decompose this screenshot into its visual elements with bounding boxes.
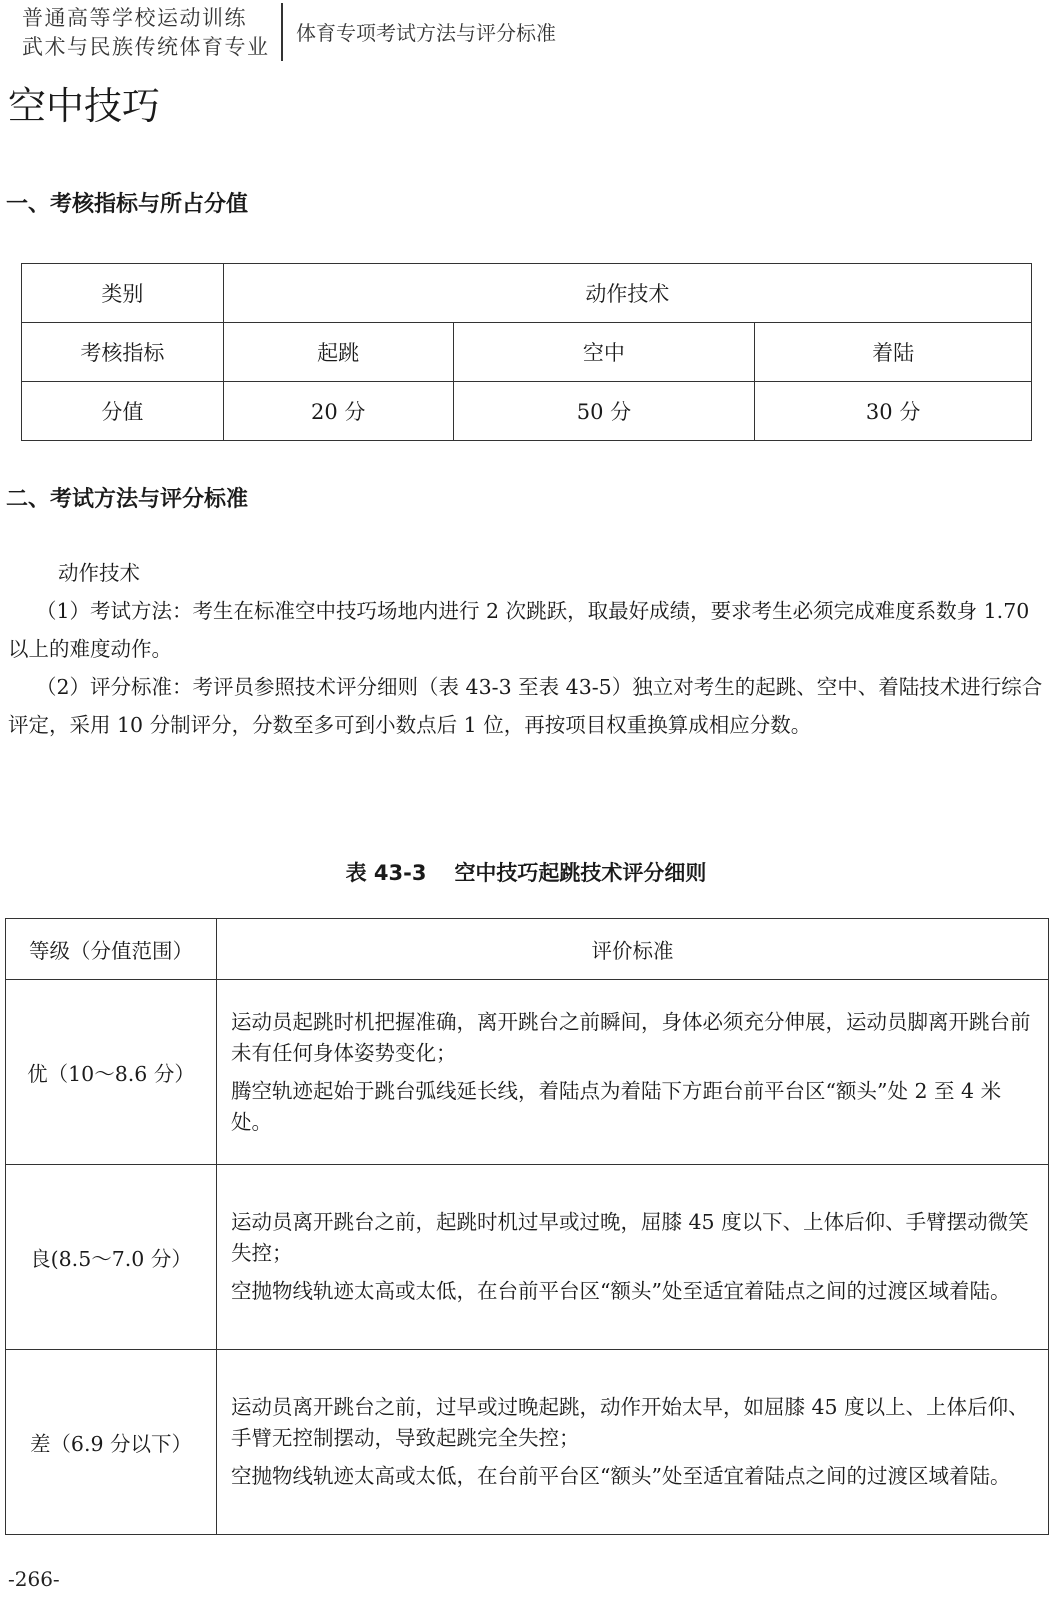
grade-cell: 差（6.9 分以下） [6, 1350, 217, 1535]
running-header-line2: 武术与民族传统体育专业 [22, 33, 270, 62]
criteria-text: 运动员离开跳台之前，过早或过晚起跳，动作开始太早，如屈膝 45 度以上、上体后仰… [231, 1392, 1036, 1454]
criteria-text: 腾空轨迹起始于跳台弧线延长线，着陆点为着陆下方距台前平台区“额头”处 2 至 4… [231, 1076, 1036, 1138]
table-row: 优（10～8.6 分） 运动员起跳时机把握准确，离开跳台之前瞬间，身体必须充分伸… [6, 980, 1049, 1165]
grade-cell: 良(8.5～7.0 分） [6, 1165, 217, 1350]
table-row: 考核指标 起跳 空中 着陆 [22, 323, 1032, 382]
table-cell: 30 分 [755, 382, 1032, 441]
table-cell: 着陆 [755, 323, 1032, 382]
running-header-line1: 普通高等学校运动训练 [22, 4, 270, 33]
table-caption-number: 表 43-3 [346, 861, 427, 885]
score-weight-table: 类别 动作技术 考核指标 起跳 空中 着陆 分值 20 分 50 分 30 分 [21, 263, 1032, 441]
running-header-right: 体育专项考试方法与评分标准 [296, 19, 556, 47]
table-cell: 动作技术 [223, 264, 1031, 323]
grade-cell: 优（10～8.6 分） [6, 980, 217, 1165]
criteria-cell: 运动员离开跳台之前，起跳时机过早或过晚，屈膝 45 度以下、上体后仰、手臂摆动微… [217, 1165, 1049, 1350]
section-heading-1: 一、考核指标与所占分值 [6, 190, 248, 220]
table-cell: 50 分 [453, 382, 755, 441]
table-row: 分值 20 分 50 分 30 分 [22, 382, 1032, 441]
table-header-criteria: 评价标准 [217, 919, 1049, 980]
paragraph-scoring-standard: （2）评分标准：考评员参照技术评分细则（表 43-3 至表 43-5）独立对考生… [8, 668, 1048, 744]
criteria-text: 运动员离开跳台之前，起跳时机过早或过晚，屈膝 45 度以下、上体后仰、手臂摆动微… [231, 1207, 1036, 1269]
table-caption-title: 空中技巧起跳技术评分细则 [454, 861, 706, 885]
table-row: 差（6.9 分以下） 运动员离开跳台之前，过早或过晚起跳，动作开始太早，如屈膝 … [6, 1350, 1049, 1535]
table-row: 良(8.5～7.0 分） 运动员离开跳台之前，起跳时机过早或过晚，屈膝 45 度… [6, 1165, 1049, 1350]
criteria-text: 空抛物线轨迹太高或太低，在台前平台区“额头”处至适宜着陆点之间的过渡区域着陆。 [231, 1461, 1036, 1492]
takeoff-scoring-table: 等级（分值范围） 评价标准 优（10～8.6 分） 运动员起跳时机把握准确，离开… [5, 918, 1049, 1535]
table-caption: 表 43-3空中技巧起跳技术评分细则 [0, 858, 1052, 888]
criteria-cell: 运动员离开跳台之前，过早或过晚起跳，动作开始太早，如屈膝 45 度以上、上体后仰… [217, 1350, 1049, 1535]
running-header-left: 普通高等学校运动训练 武术与民族传统体育专业 [22, 4, 270, 62]
table-cell: 起跳 [223, 323, 453, 382]
table-cell: 20 分 [223, 382, 453, 441]
header-divider [281, 3, 283, 61]
table-header-row: 等级（分值范围） 评价标准 [6, 919, 1049, 980]
paragraph-exam-method: （1）考试方法：考生在标准空中技巧场地内进行 2 次跳跃，取最好成绩，要求考生必… [8, 592, 1048, 668]
criteria-text: 空抛物线轨迹太高或太低，在台前平台区“额头”处至适宜着陆点之间的过渡区域着陆。 [231, 1276, 1036, 1307]
table-cell-label: 类别 [22, 264, 224, 323]
table-cell: 空中 [453, 323, 755, 382]
page-title: 空中技巧 [8, 80, 160, 132]
table-row: 类别 动作技术 [22, 264, 1032, 323]
subheading-action-technique: 动作技术 [8, 554, 1048, 592]
section-heading-2: 二、考试方法与评分标准 [6, 485, 248, 515]
table-header-grade: 等级（分值范围） [6, 919, 217, 980]
criteria-text: 运动员起跳时机把握准确，离开跳台之前瞬间，身体必须充分伸展，运动员脚离开跳台前未… [231, 1007, 1036, 1069]
table-cell-label: 考核指标 [22, 323, 224, 382]
criteria-cell: 运动员起跳时机把握准确，离开跳台之前瞬间，身体必须充分伸展，运动员脚离开跳台前未… [217, 980, 1049, 1165]
table-cell-label: 分值 [22, 382, 224, 441]
page-number: -266- [8, 1566, 60, 1592]
